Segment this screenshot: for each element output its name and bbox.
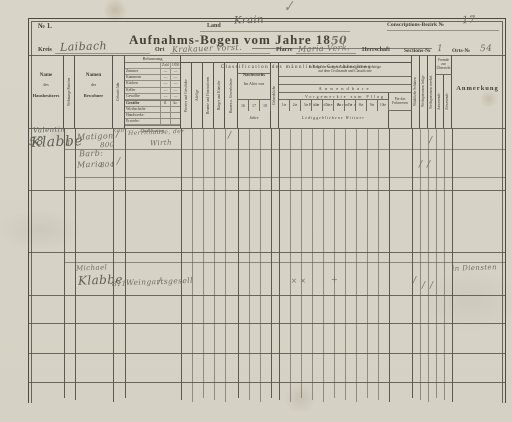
behausung-title: Behausung xyxy=(125,55,180,63)
gediente-vorgemerkte-cell: Vorgemerkte zum Pflug xyxy=(279,85,412,93)
geraethe-title: Geräthe xyxy=(125,101,160,106)
entry1-row2-name: Barb: xyxy=(79,149,104,159)
behausung-row-val: — xyxy=(170,69,180,74)
col-header-fremde-anwesende: Anwesende xyxy=(436,75,444,128)
grid-hline-partial xyxy=(64,177,505,178)
geraethe-row-val xyxy=(160,119,170,124)
fremde-anwesende-vertical-label: Anwesende xyxy=(437,75,441,128)
anmerkung-label: Anmerkung xyxy=(452,85,503,92)
grid-hline-partial xyxy=(64,262,505,263)
gediente-header-line2: auf dem Civilstande und Classificirte xyxy=(279,69,411,73)
age-class-cell: 5te xyxy=(323,100,334,111)
geraethe-row-val xyxy=(160,113,170,118)
geraethe-row-label: Erwerbs- xyxy=(125,119,160,124)
grid-vline xyxy=(444,128,445,400)
classification-narrow-vertical-label: Beamte und Honoratioren xyxy=(206,63,210,128)
grid-vline xyxy=(334,128,335,398)
behausung-row-val: — xyxy=(170,88,180,93)
col-header-gebrechliche: Gebrechliche xyxy=(271,63,279,128)
grid-vline xyxy=(378,128,379,400)
grid-vline xyxy=(389,128,390,402)
behausung-row-label: Keller xyxy=(125,88,160,93)
col-header-fremde-abwesende: Abwesende xyxy=(444,75,452,128)
hausbesitzer-line1: Name xyxy=(29,73,63,79)
behausung-row-val: — xyxy=(160,94,170,99)
age-class-cell: 2te xyxy=(290,100,301,111)
col-header-hausbesitzer: Name des Hausbesitzers xyxy=(29,55,64,128)
sections-value: 1 xyxy=(437,44,443,54)
col-header-weibs-verehel: Weibspersonen verehel. xyxy=(428,55,436,128)
tick-mark: / xyxy=(116,130,119,140)
col-header-anmerkung: Anmerkung xyxy=(452,55,503,128)
col-header-wohnparteien: Wohnungs-Parteien xyxy=(64,55,75,128)
grid-vline xyxy=(279,128,280,400)
fuhrwesen-label: Für das Fuhrwesen xyxy=(389,97,411,105)
behausung-row-label: Zimmer xyxy=(125,69,160,74)
behausung-rows: Zimmer——Kammern——Küchen——Keller——Gewölbe… xyxy=(125,69,180,100)
behausung-row-val: — xyxy=(160,75,170,80)
grid-vline xyxy=(436,128,437,398)
grid-vline xyxy=(125,128,126,398)
wohnparteien-vertical-label: Wohnungs-Parteien xyxy=(67,55,71,128)
weibs-ledige-vertical-label: Weibspersonen ledige xyxy=(421,55,425,128)
grid-hline-partial xyxy=(64,149,505,150)
ort-underline xyxy=(170,53,270,54)
entry1-owner-last: Klabbe xyxy=(31,133,83,151)
nachwuchs-footer: Jahre xyxy=(238,116,270,121)
conscription-label: Conscriptions-Bezirk № xyxy=(387,22,444,28)
grid-vline xyxy=(203,128,204,398)
fremde-title: Fremde zur Übersicht xyxy=(436,58,451,70)
grid-vline xyxy=(225,128,226,402)
geraethe-row-val xyxy=(170,107,180,112)
classification-title-cell: Classification des männlichen Geschlecht… xyxy=(181,55,412,63)
orts-value: 54 xyxy=(480,44,493,54)
grid-vline xyxy=(113,128,114,402)
geburtsjahr-vertical-label: Geburts-Jahr xyxy=(116,55,120,128)
tick-mark: / xyxy=(429,136,432,146)
grid-vline xyxy=(323,128,324,402)
grid-vline xyxy=(356,128,357,402)
fremde-title-cell: Fremde zur Übersicht xyxy=(436,55,452,75)
col-header-soldaten: Würkliche Soldaten xyxy=(412,55,420,128)
tick-mark: / xyxy=(413,276,416,286)
behausung-col-1850: 1850 xyxy=(170,63,180,68)
nachwuchs-sub-cell: Im Alter von xyxy=(238,74,271,100)
gediente-armee-cell: Für die Armee xyxy=(279,93,389,100)
geraethe-row-val xyxy=(160,107,170,112)
behausung-row-label: Küchen xyxy=(125,81,160,86)
grid-hline-full xyxy=(28,295,505,296)
grid-vline xyxy=(249,128,250,400)
kreis-value: Laibach xyxy=(60,39,107,54)
behausung-row-label: Kammern xyxy=(125,75,160,80)
conscription-value: 17 xyxy=(462,15,476,26)
nachwuchs-age-cell: 17 xyxy=(249,100,260,111)
grid-hline-full xyxy=(28,252,505,253)
grid-vline xyxy=(64,128,65,398)
behausung-row-val: — xyxy=(160,88,170,93)
behausung-row-label: Gewölbe xyxy=(125,94,160,99)
grid-vline xyxy=(290,128,291,402)
grid-hline-full xyxy=(28,323,505,324)
classification-narrow-vertical-label: Bauern u. Gewerbsleute xyxy=(229,63,233,128)
age-class-cell: 3te xyxy=(301,100,312,111)
orts-label: Orts-№ xyxy=(452,48,470,54)
hausbesitzer-line2: des xyxy=(29,83,63,88)
entry1-row3-year: 804 xyxy=(100,161,115,170)
land-label: Land xyxy=(207,23,221,29)
col-header-behausung-block: Behausung Zahl 1850 Zimmer——Kammern——Küc… xyxy=(125,55,181,128)
tick-mark: / xyxy=(117,157,120,167)
grid-vline xyxy=(181,128,182,400)
fremde-abwesende-vertical-label: Abwesende xyxy=(445,75,449,128)
census-form-scan: ✓ № 1. Land Krain Conscriptions-Bezirk №… xyxy=(0,0,512,422)
grid-vline xyxy=(312,128,313,400)
grid-vline xyxy=(271,128,272,398)
behausung-valcols: Zahl 1850 xyxy=(125,63,180,69)
age-class-cell: 1te xyxy=(279,100,290,111)
classification-narrow-col: Bauern u. Gewerbsleute xyxy=(225,63,238,128)
herrschaft-label: Herrschaft xyxy=(362,47,390,53)
behausung-col-zahl: Zahl xyxy=(160,63,170,68)
classification-narrow-vertical-label: Adelige xyxy=(195,63,199,128)
entry2-year: 811 xyxy=(112,280,127,289)
geraethe-row-label: Handwerks- xyxy=(125,113,160,118)
behausung-row-val: — xyxy=(170,75,180,80)
col-header-geburtsjahr: Geburts-Jahr xyxy=(113,55,125,128)
entry2-remark: in Diensten xyxy=(452,263,497,273)
geraethe-row-val xyxy=(170,119,180,124)
gediente-anwendbare-cell: Anwendbare xyxy=(279,77,412,85)
gediente-footer: Lediggebliebene Wittwer xyxy=(279,116,388,121)
gediente-side-lower-cell xyxy=(389,111,412,128)
pfarre-label: Pfarre xyxy=(276,47,293,53)
gebrechliche-vertical-label: Gebrechliche xyxy=(272,63,276,128)
soldaten-vertical-label: Würkliche Soldaten xyxy=(413,55,417,128)
tick-mark: × xyxy=(291,277,297,285)
nachwuchs-age-cell: 16 xyxy=(238,100,249,111)
gediente-header-cell: In Folge der vorigen Aufnahme gediente g… xyxy=(279,63,412,77)
kreis-label: Kreis xyxy=(38,47,52,53)
classification-narrow-vertical-label: Bürger und Künstler xyxy=(217,63,221,128)
nachwuchs-footer-cell: Jahre xyxy=(238,111,271,128)
grid-vline xyxy=(301,128,302,398)
pfarre-underline xyxy=(296,53,356,54)
bewohner-line3: Bewohner xyxy=(75,93,112,98)
ort-label: Ort xyxy=(155,47,164,53)
table-header-bottomline xyxy=(28,128,505,129)
tick-mark: / xyxy=(427,160,430,170)
nachwuchs-age-cell: 18 xyxy=(260,100,271,111)
geraethe-row-val xyxy=(170,113,180,118)
classification-narrow-col: Beamte und Honoratioren xyxy=(203,63,214,128)
gediente-fuhrwesen-cell: Für das Fuhrwesen xyxy=(389,93,412,111)
classification-narrow-vertical-label: Priester und Geistliche xyxy=(184,63,188,128)
tick-mark: / xyxy=(419,160,422,170)
entry1-qualification-line2: Wirth xyxy=(150,139,172,148)
bewohner-line1: Namen xyxy=(75,73,112,79)
col-header-bewohner: Namen der Bewohner xyxy=(75,55,113,128)
sections-label: Sections-№ xyxy=(404,48,431,54)
sheet-number: № 1. xyxy=(38,22,52,30)
bewohner-line2: der xyxy=(75,83,112,88)
grid-vline xyxy=(238,128,239,398)
behausung-row-val: — xyxy=(160,69,170,74)
entry1-partei: 1 xyxy=(66,139,72,148)
entry2-first: Michael xyxy=(76,263,107,272)
grid-hline-full xyxy=(28,353,505,354)
tick-mark: / xyxy=(158,277,161,287)
geraethe-row-label: Wirthschafts- xyxy=(125,107,160,112)
grid-vline xyxy=(260,128,261,402)
grid-vline xyxy=(345,128,346,400)
classification-narrow-col: Bürger und Künstler xyxy=(214,63,225,128)
nachwuchs-title-cell: Nachwuchs xyxy=(238,63,271,74)
tick-mark: / xyxy=(422,281,425,291)
classification-narrow-col: Priester und Geistliche xyxy=(181,63,192,128)
age-class-cell: 10te xyxy=(378,100,389,111)
conscription-underline xyxy=(387,30,499,31)
pencil-checkmark: ✓ xyxy=(281,0,296,16)
hausbesitzer-line3: Hausbesitzers xyxy=(29,93,63,98)
behausung-row-val: — xyxy=(160,81,170,86)
land-value: Krain xyxy=(234,14,264,26)
tick-mark: / xyxy=(228,131,231,141)
classification-narrow-col: Adelige xyxy=(192,63,203,128)
grid-hline-full xyxy=(28,382,505,383)
geraethe-col-fl: fl. xyxy=(160,101,170,106)
age-class-cell: 9te xyxy=(367,100,378,111)
col-header-weibs-ledige: Weibspersonen ledige xyxy=(420,55,428,128)
geraethe-col-kr: kr. xyxy=(170,101,180,106)
grid-hline-full xyxy=(28,190,505,191)
age-class-cell: 7te xyxy=(345,100,356,111)
nachwuchs-sub: Im Alter von xyxy=(238,82,270,87)
weibs-verehel-vertical-label: Weibspersonen verehel. xyxy=(429,55,433,128)
geraethe-rows: Wirthschafts-Handwerks-Erwerbs- xyxy=(125,107,180,125)
grid-vline xyxy=(214,128,215,400)
age-class-cell: 6te xyxy=(334,100,345,111)
grid-vline xyxy=(192,128,193,402)
gediente-footer-cell: Lediggebliebene Wittwer xyxy=(279,111,389,128)
grid-vline xyxy=(412,128,413,398)
behausung-row-val: — xyxy=(170,81,180,86)
tick-mark: + xyxy=(331,275,338,284)
grid-vline xyxy=(367,128,368,398)
behausung-row-val: — xyxy=(170,94,180,99)
tick-mark: / xyxy=(430,281,433,291)
age-class-cell: 4te xyxy=(312,100,323,111)
kreis-underline xyxy=(55,53,150,54)
tick-mark: × xyxy=(300,277,306,285)
age-class-cell: 8te xyxy=(356,100,367,111)
